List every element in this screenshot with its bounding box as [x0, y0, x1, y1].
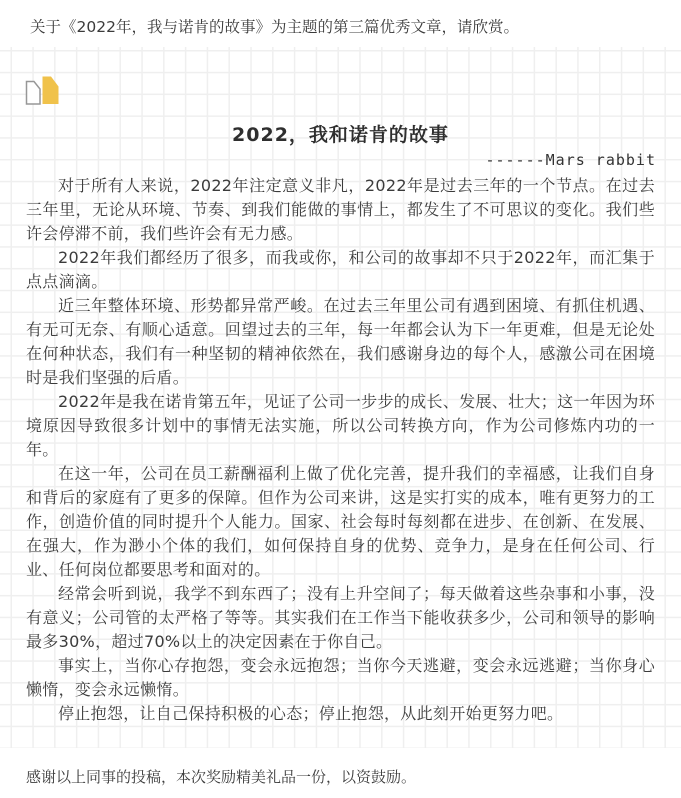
logo-outline-page-shape — [27, 82, 41, 105]
header-note: 关于《2022年，我与诺肯的故事》为主题的第三篇优秀文章，请欣赏。 — [30, 17, 661, 37]
article-title: 2022，我和诺肯的故事 — [0, 47, 681, 147]
article-body: 对于所有人来说，2022年注定意义非凡，2022年是过去三年的一个节点。在过去三… — [0, 169, 681, 726]
article-page: 关于《2022年，我与诺肯的故事》为主题的第三篇优秀文章，请欣赏。 2022，我… — [0, 0, 681, 798]
footer-note: 感谢以上同事的投稿，本次奖励精美礼品一份，以资鼓励。 — [26, 767, 661, 787]
article-paragraph: 对于所有人来说，2022年注定意义非凡，2022年是过去三年的一个节点。在过去三… — [26, 174, 655, 246]
article-paragraph: 近三年整体环境、形势都异常严峻。在过去三年里公司有遇到困境、有抓住机遇、有无可无… — [26, 294, 655, 390]
article-paragraph: 经常会听到说，我学不到东西了；没有上升空间了；每天做着这些杂事和小事，没有意义；… — [26, 582, 655, 654]
grid-paper-panel: 2022，我和诺肯的故事 ------Mars rabbit 对于所有人来说，2… — [0, 47, 681, 748]
logo-yellow-page-shape — [43, 77, 59, 105]
article-byline: ------Mars rabbit — [0, 151, 681, 169]
article-paragraph: 2022年我们都经历了很多，而我或你，和公司的故事却不只于2022年，而汇集于点… — [26, 246, 655, 294]
article-paragraph: 停止抱怨，让自己保持积极的心态；停止抱怨，从此刻开始更努力吧。 — [26, 702, 655, 726]
folded-page-logo-icon — [25, 75, 61, 107]
article-paragraph: 2022年是我在诺肯第五年，见证了公司一步步的成长、发展、壮大；这一年因为环境原… — [26, 390, 655, 462]
article-paragraph: 事实上，当你心存抱怨，变会永远抱怨；当你今天逃避，变会永远逃避；当你身心懒惰，变… — [26, 654, 655, 702]
article-paragraph: 在这一年，公司在员工薪酬福利上做了优化完善，提升我们的幸福感，让我们自身和背后的… — [26, 462, 655, 582]
